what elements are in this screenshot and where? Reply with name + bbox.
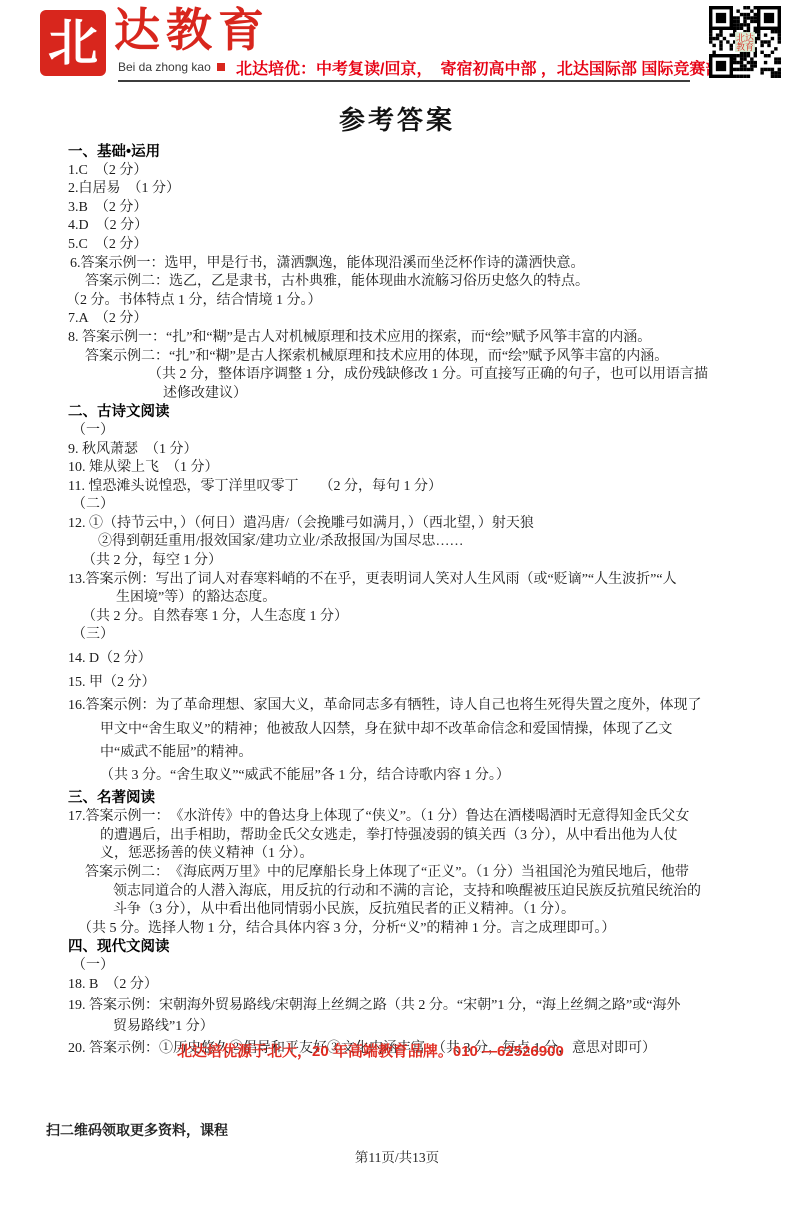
- page-header: 北 达教育 Bei da zhong kao 北达培优：中考复读/回京， 寄宿初…: [0, 0, 794, 92]
- content-line: 生困境”等）的豁达态度。: [0, 589, 794, 608]
- content-line: 16.答案示例：为了革命理想、家国大义，革命同志多有牺牲，诗人自己也将生死得失置…: [0, 697, 794, 716]
- content-line: 4.D （2 分）: [0, 217, 794, 236]
- section-heading: 一、基础•运用: [0, 143, 794, 162]
- footer-note: 扫二维码领取更多资料，课程: [46, 1120, 228, 1140]
- content-line: 6.答案示例一：选甲，甲是行书，潇洒飘逸，能体现沿溪而坐泛杯作诗的潇洒快意。: [0, 255, 794, 274]
- content-line: 答案示例二：选乙，乙是隶书，古朴典雅，能体现曲水流觞习俗历史悠久的特点。: [0, 273, 794, 292]
- content-line: （共 3 分。“舍生取义”“威武不能屈”各 1 分，结合诗歌内容 1 分。）: [0, 767, 794, 786]
- content-line: 19. 答案示例：宋朝海外贸易路线/宋朝海上丝绸之路（共 2 分。“宋朝”1 分…: [0, 997, 794, 1016]
- watermark-text: 北达培优源于北大，20 年高端教育品牌。010 —62526900: [177, 1040, 564, 1061]
- content-line: （2 分。书体特点 1 分，结合情境 1 分。）: [0, 292, 794, 311]
- content-line: 14. D（2 分）: [0, 650, 794, 669]
- content-line: （共 2 分，每空 1 分）: [0, 552, 794, 571]
- content-line: 的遭遇后，出手相助，帮助金氏父女逃走，拳打恃强凌弱的镇关西（3 分），从中看出他…: [0, 827, 794, 846]
- qr-code-icon: 北达教育: [706, 6, 784, 78]
- content-line: 斗争（3 分），从中看出他同情弱小民族，反抗殖民者的正义精神。（1 分）。: [0, 901, 794, 920]
- red-square-icon: [217, 63, 225, 71]
- content-line: （共 2 分。自然春寒 1 分，人生态度 1 分）: [0, 608, 794, 627]
- content-line: 11. 惶恐滩头说惶恐，零丁洋里叹零丁 （2 分，每句 1 分）: [0, 478, 794, 497]
- brand-name: 达教育: [114, 6, 270, 57]
- content-line: ②得到朝廷重用/报效国家/建功立业/杀敌报国/为国尽忠……: [0, 533, 794, 552]
- section-heading: 四、现代文阅读: [0, 938, 794, 957]
- content-line: （二）: [0, 496, 794, 515]
- content-line: 答案示例二：“扎”和“糊”是古人探索机械原理和技术应用的体现，而“绘”赋予风筝丰…: [0, 348, 794, 367]
- content-line: 17.答案示例一： 《水浒传》中的鲁达身上体现了“侠义”。（1 分）鲁达在酒楼喝…: [0, 808, 794, 827]
- answer-key-page: 北 达教育 Bei da zhong kao 北达培优：中考复读/回京， 寄宿初…: [0, 0, 794, 1209]
- content-line: （三）: [0, 626, 794, 645]
- content-line: 答案示例二： 《海底两万里》中的尼摩船长身上体现了“正义”。（1 分）当祖国沦为…: [0, 864, 794, 883]
- content-line: 2.白居易 （1 分）: [0, 180, 794, 199]
- content-line: （一）: [0, 957, 794, 976]
- brand-seal-logo: 北: [40, 10, 106, 76]
- content-line: 中“威武不能屈”的精神。: [0, 744, 794, 763]
- content-line: 12. ①（持节云中，）（何日）遣冯唐/（会挽雕弓如满月，）（西北望，）射天狼: [0, 515, 794, 534]
- content-line: 1.C （2 分）: [0, 162, 794, 181]
- content-line: 甲文中“舍生取义”的精神；他被敌人囚禁，身在狱中却不改革命信念和爱国情操，体现了…: [0, 721, 794, 740]
- answer-content: 一、基础•运用1.C （2 分）2.白居易 （1 分）3.B （2 分）4.D …: [0, 143, 794, 1059]
- content-line: 18. B （2 分）: [0, 976, 794, 995]
- header-divider: [118, 80, 690, 82]
- content-line: 贸易路线”1 分）: [0, 1018, 794, 1037]
- content-line: 7.A （2 分）: [0, 310, 794, 329]
- svg-text:教育: 教育: [736, 41, 754, 52]
- content-line: 3.B （2 分）: [0, 199, 794, 218]
- page-number: 第11页/共13页: [0, 1146, 794, 1166]
- brand-seal-character: 北: [48, 18, 98, 68]
- page-title: 参考答案: [0, 100, 794, 137]
- section-heading: 三、名著阅读: [0, 789, 794, 808]
- content-line: 9. 秋风萧瑟 （1 分）: [0, 441, 794, 460]
- header-slogan: 北达培优：中考复读/回京， 寄宿初高中部 ，北达国际部 国际竞赛部: [236, 56, 721, 79]
- content-line: （一）: [0, 422, 794, 441]
- brand-subtitle: Bei da zhong kao: [118, 60, 225, 74]
- content-line: 领志同道合的人潜入海底，用反抗的行动和不满的言论，支持和唤醒被压迫民族反抗殖民统…: [0, 883, 794, 902]
- content-line: （共 5 分。选择人物 1 分，结合具体内容 3 分，分析“义”的精神 1 分。…: [0, 920, 794, 939]
- content-line: 义，惩恶扬善的侠义精神（1 分）。: [0, 845, 794, 864]
- section-heading: 二、古诗文阅读: [0, 403, 794, 422]
- content-line: 述修改建议）: [0, 385, 794, 404]
- content-line: 5.C （2 分）: [0, 236, 794, 255]
- content-line: 13.答案示例：写出了词人对春寒料峭的不在乎，更表明词人笑对人生风雨（或“贬谪”…: [0, 571, 794, 590]
- content-line: 10. 雉从梁上飞 （1 分）: [0, 459, 794, 478]
- content-line: 15. 甲（2 分）: [0, 674, 794, 693]
- content-line: （共 2 分，整体语序调整 1 分，成份残缺修改 1 分。可直接写正确的句子，也…: [0, 366, 794, 385]
- content-line: 8. 答案示例一：“扎”和“糊”是古人对机械原理和技术应用的探索，而“绘”赋予风…: [0, 329, 794, 348]
